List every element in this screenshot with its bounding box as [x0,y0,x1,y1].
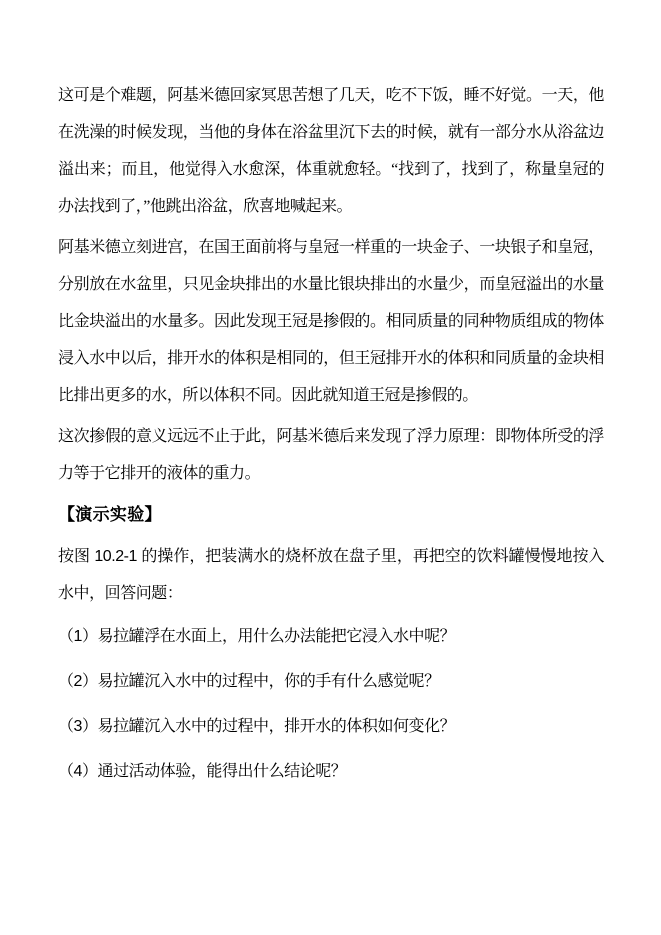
section-heading-demo-experiment: 【演示实验】 [58,496,604,534]
document-page: 这可是个难题，阿基米德回家冥思苦想了几天，吃不下饭，睡不好觉。一天，他在洗澡的时… [0,0,661,935]
experiment-instruction: 按图 10.2-1 的操作，把装满水的烧杯放在盘子里，再把空的饮料罐慢慢地按入水… [58,538,604,612]
question-item-1: （1）易拉罐浮在水面上，用什么办法能把它浸入水中呢？ [58,618,604,655]
question-item-3: （3）易拉罐沉入水中的过程中，排开水的体积如何变化？ [58,708,604,745]
story-paragraph-bathtub-discovery: 这可是个难题，阿基米德回家冥思苦想了几天，吃不下饭，睡不好觉。一天，他在洗澡的时… [58,77,604,225]
question-item-4: （4）通过活动体验，能得出什么结论呢？ [58,753,604,790]
story-paragraph-crown-test: 阿基米德立刻进宫，在国王面前将与皇冠一样重的一块金子、一块银子和皇冠，分别放在水… [58,229,604,414]
question-item-2: （2）易拉罐沉入水中的过程中，你的手有什么感觉呢？ [58,663,604,700]
story-paragraph-buoyancy-principle: 这次掺假的意义远远不止于此，阿基米德后来发现了浮力原理：即物体所受的浮力等于它排… [58,418,604,492]
